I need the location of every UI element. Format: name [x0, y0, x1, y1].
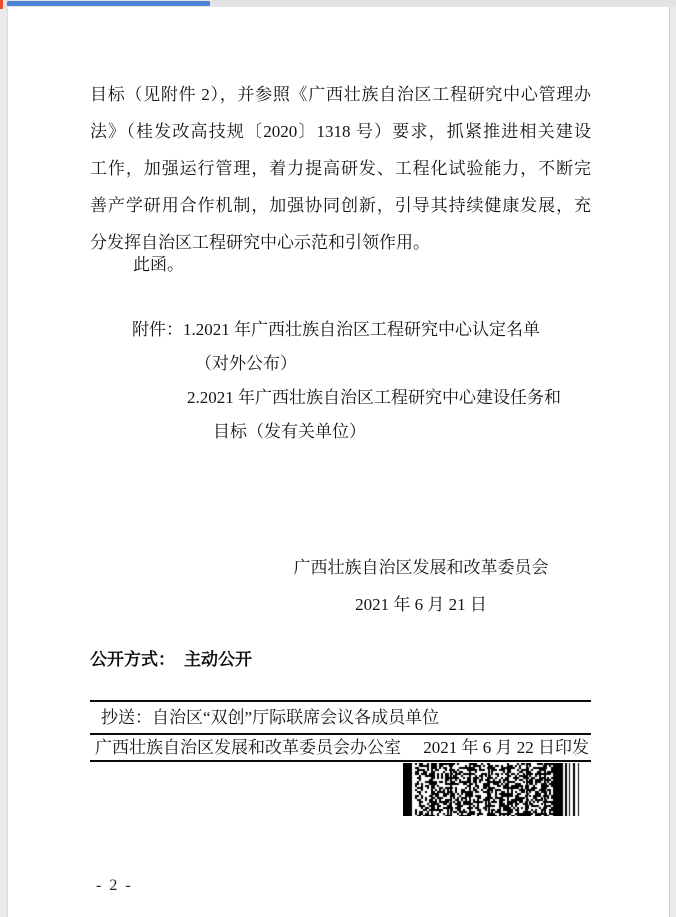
issuer-row: 广西壮族自治区发展和改革委员会办公室 2021 年 6 月 22 日印发 — [90, 735, 591, 760]
disclosure-line: 公开方式：主动公开 — [90, 648, 490, 672]
page-number: - 2 - — [96, 876, 133, 896]
footer-table: 抄送：自治区“双创”厅际联席会议各成员单位 广西壮族自治区发展和改革委员会办公室… — [90, 700, 591, 762]
closing-line: 此函。 — [90, 246, 591, 283]
attachment-line: 2.2021 年广西壮族自治区工程研究中心建设任务和 — [90, 381, 610, 415]
loading-progress-bar — [7, 1, 210, 6]
signature-block: 广西壮族自治区发展和改革委员会 2021 年 6 月 21 日 — [286, 549, 556, 623]
attachment-line: （对外公布） — [90, 347, 610, 381]
issuer-office: 广西壮族自治区发展和改革委员会办公室 — [95, 735, 401, 760]
attachment-list: 附件：1.2021 年广西壮族自治区工程研究中心认定名单 （对外公布） 2.20… — [90, 313, 610, 449]
paragraph-line: 善产学研用合作机制，加强协同创新，引导其持续健康发展，充 — [90, 187, 591, 224]
document-viewer: 目标（见附件 2），并参照《广西壮族自治区工程研究中心管理办 法》（桂发改高技规… — [0, 0, 676, 917]
signature-agency: 广西壮族自治区发展和改革委员会 — [286, 549, 556, 586]
attachment-line: 附件：1.2021 年广西壮族自治区工程研究中心认定名单 — [90, 313, 610, 347]
attachment-line: 目标（发有关单位） — [90, 415, 610, 449]
disclosure-label: 公开方式： — [90, 650, 175, 669]
paragraph-line: 工作，加强运行管理，着力提高研发、工程化试验能力，不断完 — [90, 150, 591, 187]
paragraph-line: 目标（见附件 2），并参照《广西壮族自治区工程研究中心管理办 — [90, 76, 591, 113]
paragraph-line: 法》（桂发改高技规〔2020〕1318 号）要求，抓紧推进相关建设 — [90, 113, 591, 150]
disclosure-value: 主动公开 — [184, 650, 252, 669]
signature-date: 2021 年 6 月 21 日 — [286, 586, 556, 623]
print-date: 2021 年 6 月 22 日印发 — [423, 735, 589, 760]
barcode-image — [403, 763, 582, 816]
cc-row: 抄送：自治区“双创”厅际联席会议各成员单位 — [90, 702, 591, 733]
body-paragraph: 目标（见附件 2），并参照《广西壮族自治区工程研究中心管理办 法》（桂发改高技规… — [90, 76, 591, 261]
page-edge-marker — [0, 0, 3, 9]
footer-divider-bottom — [90, 760, 591, 762]
